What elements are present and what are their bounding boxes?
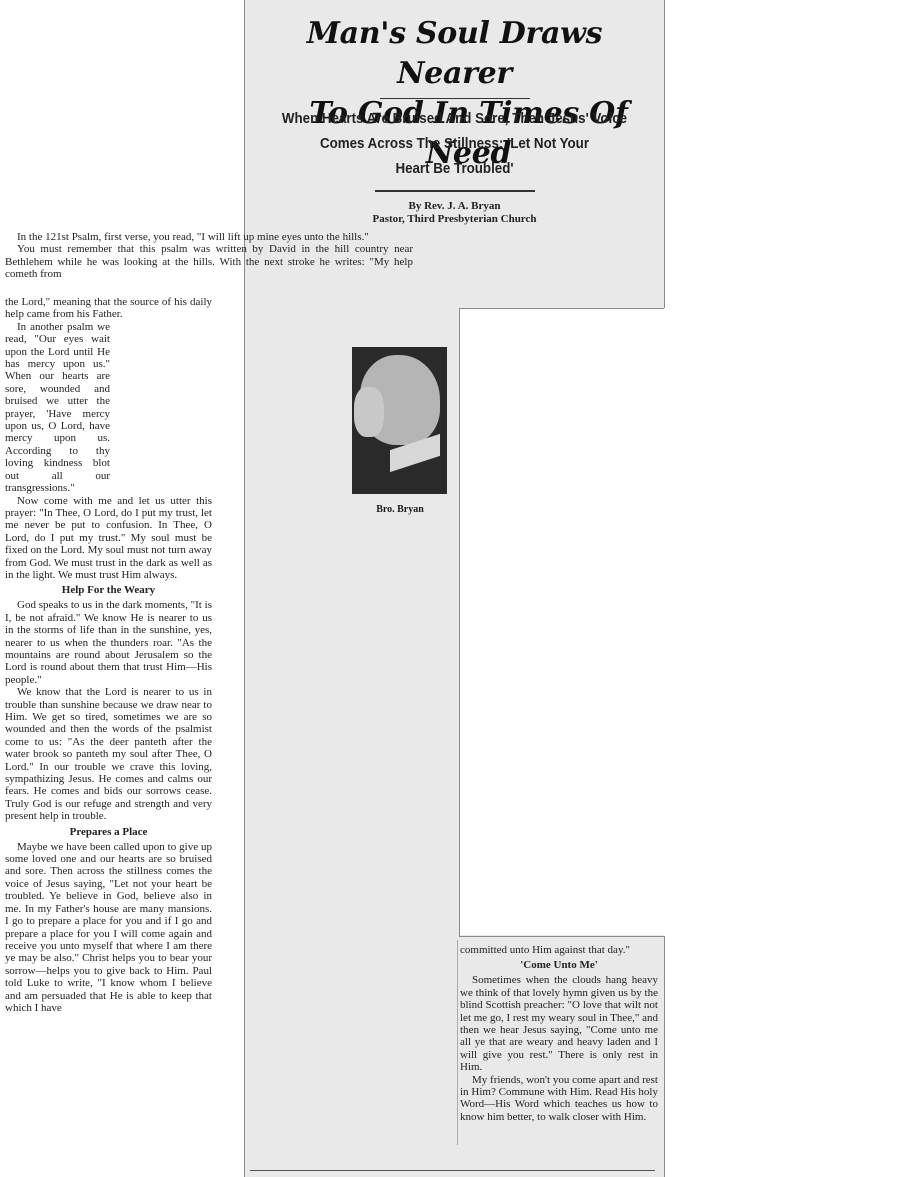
intro-paragraph-2: You must remember that this psalm was wr… xyxy=(5,243,413,280)
subhead-help-for-the-weary: Help For the Weary xyxy=(5,583,212,597)
photo-caption: Bro. Bryan xyxy=(352,504,448,515)
photo-space xyxy=(110,321,212,481)
portrait-photo xyxy=(352,347,447,494)
clipping-edge-inner xyxy=(459,308,460,936)
left-column-text: the Lord," meaning that the source of hi… xyxy=(5,296,212,1014)
deck-line-1: When Hearts Are Bruised And Sore, Then J… xyxy=(262,107,647,132)
left-paragraph-5: Maybe we have been called upon to give u… xyxy=(5,841,212,1015)
left-paragraph-3: God speaks to us in the dark moments, "I… xyxy=(5,599,212,686)
deck-rule xyxy=(375,190,535,192)
column-divider xyxy=(457,940,458,1145)
subhead-prepares-a-place: Prepares a Place xyxy=(5,825,212,839)
portrait-figure: Bro. Bryan xyxy=(352,347,448,520)
right-paragraph-0: committed unto Him against that day." xyxy=(460,944,658,956)
byline-title: Pastor, Third Presbyterian Church xyxy=(245,213,664,226)
clipping-edge-right-top xyxy=(664,0,665,308)
subhead-come-unto-me: 'Come Unto Me' xyxy=(460,958,658,972)
headline-line-1: Man's Soul Draws Nearer xyxy=(245,14,664,94)
intro-paragraph-1: In the 121st Psalm, first verse, you rea… xyxy=(5,231,413,243)
right-paragraph-2: My friends, won't you come apart and res… xyxy=(460,1074,658,1124)
right-column-text: committed unto Him against that day." 'C… xyxy=(460,944,658,1123)
right-paragraph-1: Sometimes when the clouds hang heavy we … xyxy=(460,974,658,1073)
headline-rule xyxy=(380,98,530,99)
byline-author: By Rev. J. A. Bryan xyxy=(245,200,664,213)
clipping-edge-notch-top xyxy=(459,308,664,309)
bottom-rule xyxy=(250,1170,655,1171)
clipping-edge-left xyxy=(244,0,245,1177)
clipping-edge-notch-bottom xyxy=(459,936,664,937)
portrait-face-shape xyxy=(354,387,384,437)
left-paragraph-4: We know that the Lord is nearer to us in… xyxy=(5,686,212,822)
deck-line-3: Heart Be Troubled' xyxy=(262,157,647,182)
intro-text: In the 121st Psalm, first verse, you rea… xyxy=(5,231,413,281)
deck-line-2: Comes Across The Stillness: 'Let Not You… xyxy=(262,132,647,157)
byline: By Rev. J. A. Bryan Pastor, Third Presby… xyxy=(245,200,664,226)
deck: When Hearts Are Bruised And Sore, Then J… xyxy=(262,107,647,182)
left-paragraph-2: Now come with me and let us utter this p… xyxy=(5,495,212,582)
clipping-edge-right-bottom xyxy=(664,936,665,1177)
left-paragraph-0: the Lord," meaning that the source of hi… xyxy=(5,296,212,321)
